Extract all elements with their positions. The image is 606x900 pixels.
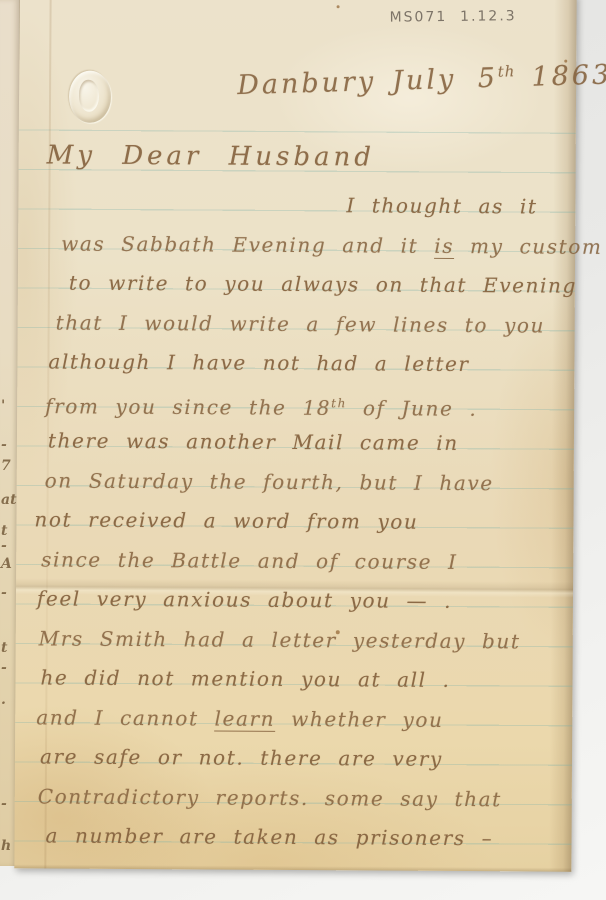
letter-line: Mrs Smith had a letter yesterday but xyxy=(39,619,564,662)
ink-fragment: ' xyxy=(1,398,5,414)
dateline-superscript: th xyxy=(498,62,516,80)
letter-line: he did not mention you at all . xyxy=(40,658,563,701)
ink-fragment: A xyxy=(1,556,12,572)
ink-fragment: h xyxy=(1,838,11,854)
letter-page: MS071 1.12.3 DanburyJuly 5th1863 My Dear… xyxy=(14,0,576,872)
letter-line: to write to you always on that Evening xyxy=(69,264,566,307)
dateline: DanburyJuly 5th1863 xyxy=(237,59,606,101)
ink-fragment: - xyxy=(1,585,7,601)
letter-line: on Saturday the fourth, but I have xyxy=(45,461,565,504)
letter-line: was Sabbath Evening and it is my custom xyxy=(61,224,566,267)
archival-note: MS071 1.12.3 xyxy=(389,8,516,25)
ink-fragment: 7 xyxy=(1,458,11,474)
ink-fragment: - xyxy=(1,660,7,676)
letter-line: that I would write a few lines to you xyxy=(56,303,566,346)
dateline-month-day: July 5 xyxy=(392,63,499,97)
letter-line: not received a word from you xyxy=(34,500,564,543)
dateline-place: Danbury xyxy=(237,66,377,101)
letter-line: and I cannot learn whether you xyxy=(36,698,563,741)
letter-line: a number are taken as prisoners – xyxy=(45,816,562,859)
letter-line: since the Battle and of course I xyxy=(41,540,564,583)
paper-speck xyxy=(564,60,567,63)
ink-fragment: - xyxy=(1,796,7,812)
ink-fragment: at xyxy=(1,492,17,508)
letter-body: I thought as itwas Sabbath Evening and i… xyxy=(32,184,566,859)
letter-line: Contradictory reports. some say that xyxy=(38,777,563,820)
letter-line: I thought as it xyxy=(346,186,566,227)
letter-line: feel very anxious about you — . xyxy=(37,579,564,622)
letter-line: there was another Mail came in xyxy=(48,421,565,464)
embossed-seal xyxy=(69,71,111,123)
ink-fragment: t xyxy=(1,523,7,539)
ink-fragment: . xyxy=(1,692,6,708)
letter-line: are safe or not. there are very xyxy=(40,737,563,780)
ink-fragment: - xyxy=(1,437,7,453)
letter-photo: '-7att-A-t-.-h MS071 1.12.3 DanburyJuly … xyxy=(0,0,606,900)
ink-fragment: - xyxy=(1,538,7,554)
salutation: My Dear Husband xyxy=(47,140,375,172)
paper-speck xyxy=(336,630,340,634)
paper-speck xyxy=(337,5,340,8)
letter-line: from you since the 18th of June . xyxy=(45,382,565,425)
ink-fragment: t xyxy=(1,640,7,656)
letter-line: although I have not had a letter xyxy=(48,342,565,385)
dateline-year: 1863 xyxy=(531,59,606,92)
